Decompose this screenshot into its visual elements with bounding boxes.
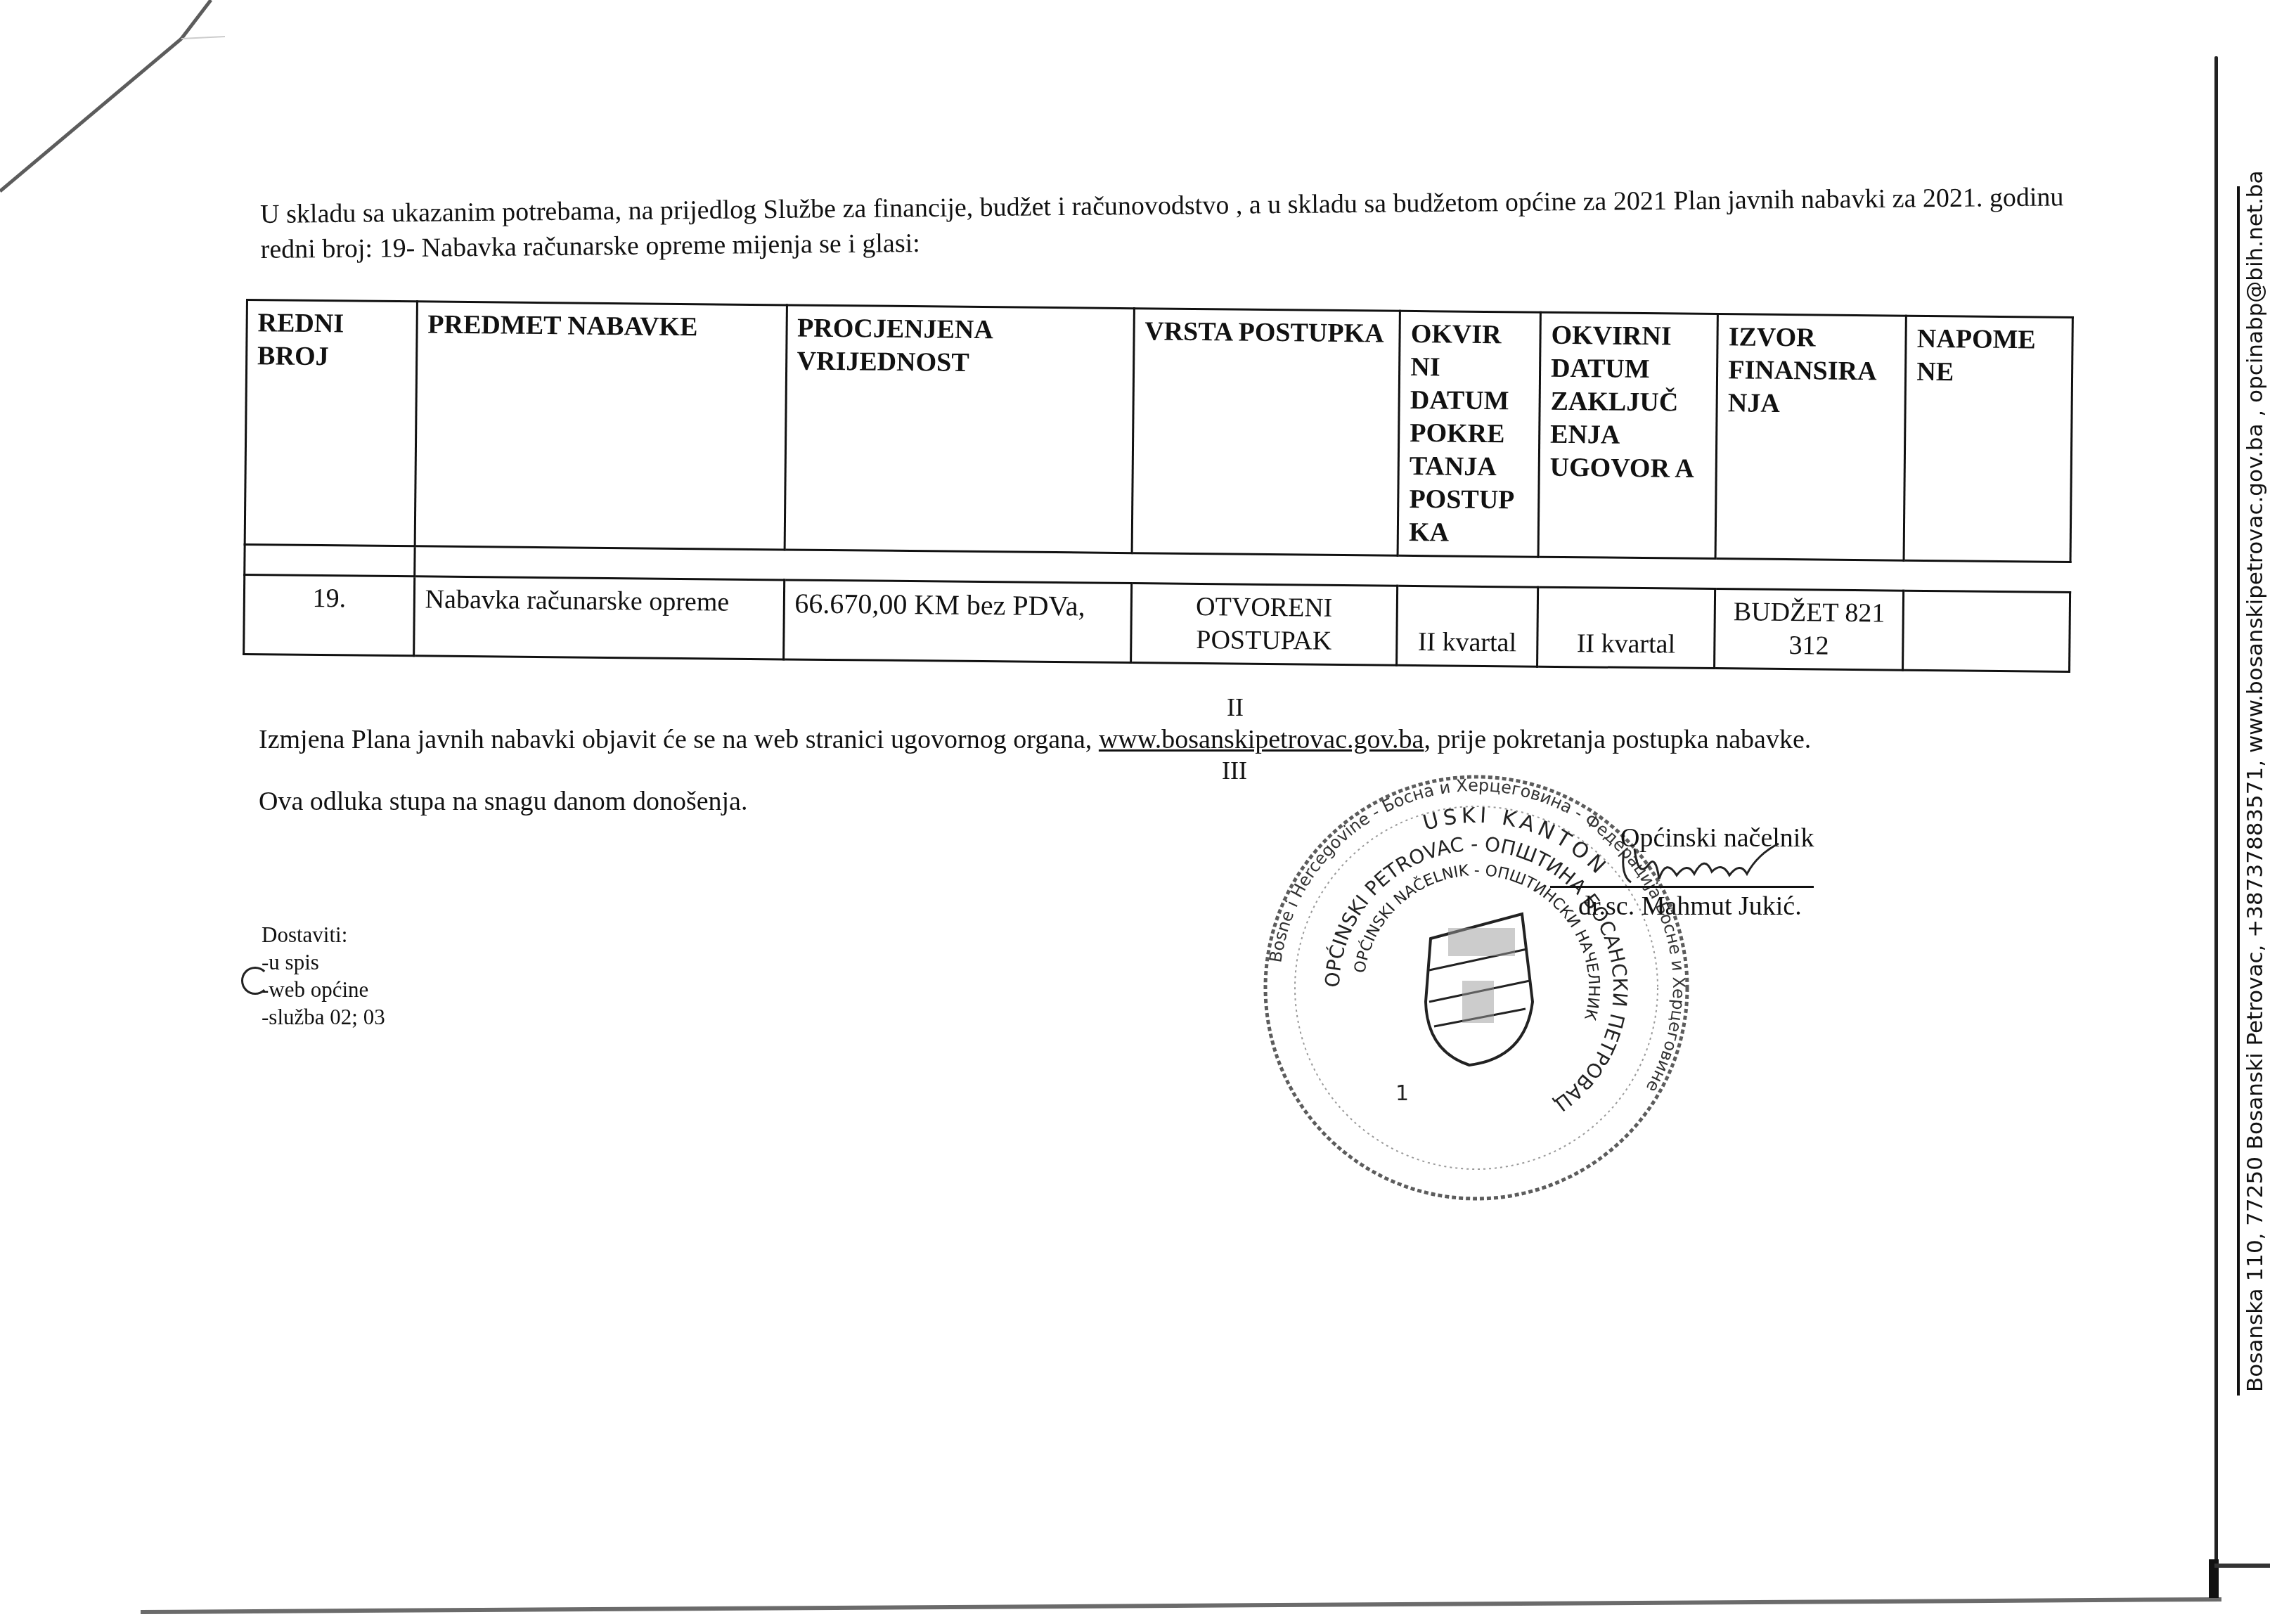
spacer-cell [1904,560,2070,592]
cell-redni-broj: 19. [244,574,415,655]
header-procjenjena-vrijednost: PROCJENJENA VRIJEDNOST [785,305,1134,553]
procurement-table: REDNI BROJ PREDMET NABAVKE PROCJENJENA V… [243,299,2074,673]
cell-datum-pokretanja: II kvartal [1397,586,1538,666]
cell-procjenjena-vrijednost: 66.670,00 KM bez PDVa, [783,580,1131,663]
spacer-cell [245,544,415,576]
website-link[interactable]: www.bosanskipetrovac.gov.ba [1099,725,1424,754]
signatory-name: dr.sc. Mahmut Jukić. [1578,891,1802,922]
section-iii-paragraph: Ova odluka stupa na snagu danom donošenj… [259,786,747,817]
spacer-cell [1398,555,1538,587]
header-vrsta-postupka: VRSTA POSTUPKA [1132,309,1400,556]
spacer-cell [415,546,785,580]
coat-of-arms-icon [1426,914,1533,1065]
stamp-number: 1 [1395,1081,1409,1106]
table-header-row: REDNI BROJ PREDMET NABAVKE PROCJENJENA V… [245,300,2072,562]
spacer-cell [784,550,1132,584]
scan-corner-mark [2214,1564,2270,1568]
header-datum-pokretanja: OKVIR NI DATUM POKRE TANJA POSTUP KA [1398,311,1540,557]
section-number-iii: III [1222,756,1247,785]
header-predmet-nabavke: PREDMET NABAVKE [415,302,787,550]
distribution-title: Dostaviti: [262,921,385,948]
scan-fold-line [0,0,225,211]
spacer-cell [1131,553,1398,586]
signature-line [1550,886,1814,888]
section-ii-text: Izmjena Plana javnih nabavki objavit će … [259,725,1099,754]
header-izvor-finansiranja: IZVOR FINANSIRA NJA [1715,314,1906,561]
cell-vrsta-postupka: OTVORENI POSTUPAK [1130,584,1398,666]
section-ii-text-end: , prije pokretanja postupka nabavke. [1424,725,1811,754]
cell-napomene [1903,591,2070,671]
header-redni-broj: REDNI BROJ [245,300,417,546]
handwritten-signature [1610,840,1800,889]
distribution-item: -u spis [262,948,385,976]
distribution-item: -web općine [262,976,385,1003]
table-row: 19. Nabavka računarske opreme 66.670,00 … [244,574,2070,671]
handwritten-circle-mark [241,967,269,995]
section-number-ii: II [1227,692,1244,722]
cell-datum-zakljucenja: II kvartal [1537,587,1715,668]
spacer-cell [1715,559,1904,591]
side-contact-text: Bosanska 110, 77250 Bosanski Petrovac, +… [2243,190,2268,1392]
distribution-list: Dostaviti: -u spis -web općine -služba 0… [262,921,385,1031]
header-datum-zakljucenja: OKVIRNI DATUM ZAKLJUČ ENJA UGOVOR A [1538,312,1718,558]
spacer-cell [1538,557,1716,588]
scan-edge-rule [2214,56,2218,1575]
cell-predmet-nabavke: Nabavka računarske opreme [413,576,784,659]
header-napomene: NAPOME NE [1904,316,2072,562]
distribution-item: -služba 02; 03 [262,1003,385,1031]
cell-izvor-finansiranja: BUDŽET 821 312 [1715,589,1904,671]
intro-paragraph: U skladu sa ukazanim potrebama, na prije… [260,179,2068,267]
section-ii-paragraph: Izmjena Plana javnih nabavki objavit će … [259,724,1811,755]
scan-bottom-edge [141,1597,2221,1614]
